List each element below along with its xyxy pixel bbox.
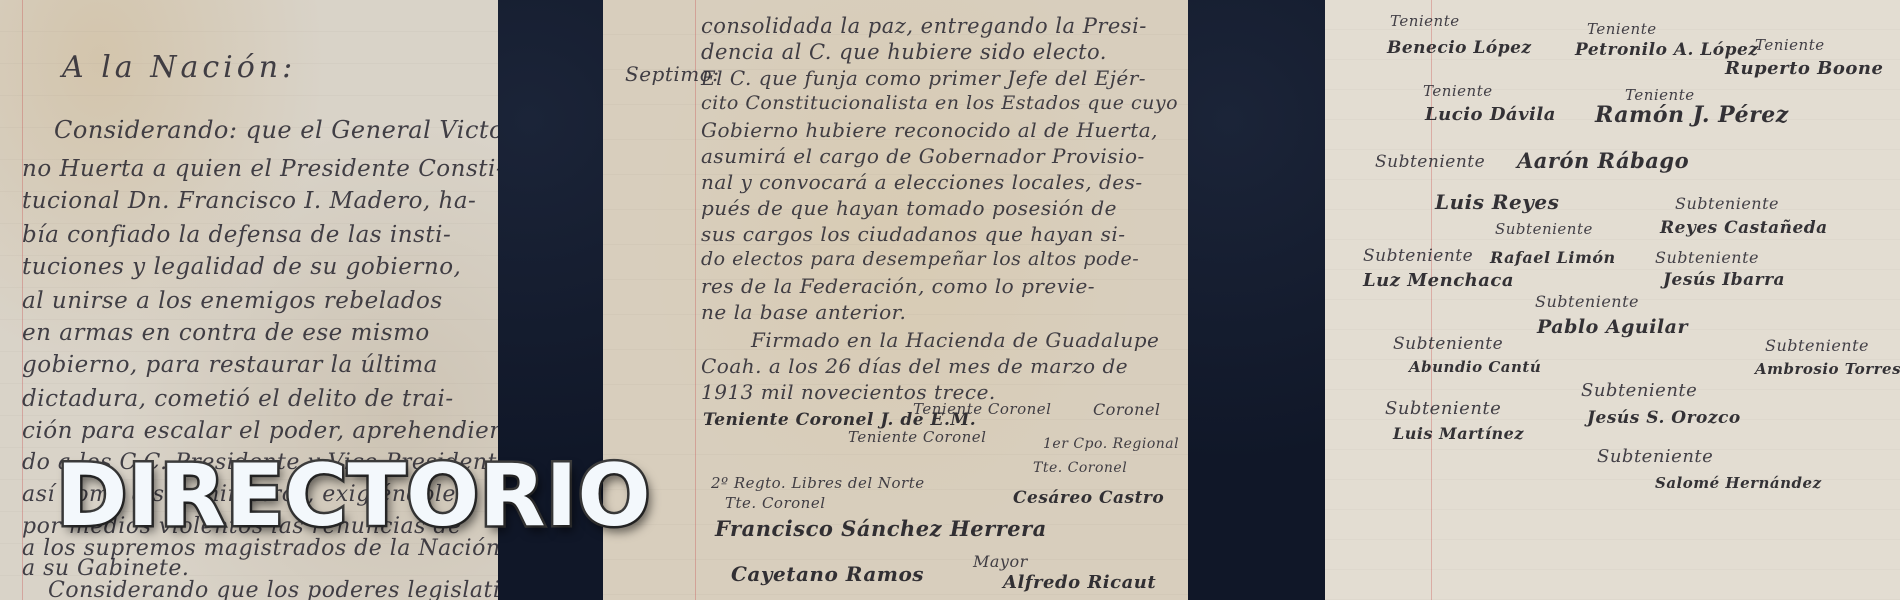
doc-line: res de la Federación, como lo previe- (701, 274, 1095, 298)
signature-rank: Teniente (1423, 82, 1493, 100)
signature-name: Abundio Cantú (1409, 358, 1541, 376)
signature: Tte. Coronel (1033, 460, 1127, 476)
signature-name: Ruperto Boone (1725, 58, 1883, 79)
signature-name: Aarón Rábago (1517, 148, 1689, 173)
signature-rank: Subteniente (1655, 248, 1759, 267)
signature: Cayetano Ramos (731, 562, 924, 586)
doc-line: dencia al C. que hubiere sido electo. (701, 40, 1107, 64)
paper-margin-line (695, 0, 696, 600)
doc-line: gobierno, para restaurar la última (22, 352, 438, 378)
signature-name: Luis Martínez (1393, 424, 1524, 443)
doc-line: consolidada la paz, entregando la Presi- (701, 14, 1147, 38)
doc-line: tuciones y legalidad de su gobierno, (22, 254, 461, 280)
doc-line: tucional Dn. Francisco I. Madero, ha- (22, 188, 476, 214)
doc-line: Considerando que los poderes legislativo… (48, 578, 498, 600)
signature-rank: Subteniente (1765, 336, 1869, 355)
signature: 1er Cpo. Regional (1043, 436, 1179, 452)
signature-rank: Subteniente (1675, 194, 1779, 213)
signature-rank: Teniente (1390, 12, 1460, 30)
doc-line: Gobierno hubiere reconocido al de Huerta… (701, 118, 1158, 142)
signature-name: Ambrosio Torres (1755, 360, 1900, 378)
signature-name: Pablo Aguilar (1537, 316, 1688, 338)
doc-line: El C. que funja como primer Jefe del Ejé… (701, 66, 1146, 90)
signature-rank: Subteniente (1393, 334, 1503, 354)
signature-name: Ramón J. Pérez (1595, 102, 1789, 128)
signature: Coronel (1093, 400, 1161, 419)
signature: Francisco Sánchez Herrera (715, 516, 1047, 541)
signature-name: Jesús S. Orozco (1587, 408, 1741, 428)
signature-rank: Subteniente (1385, 398, 1501, 419)
signature-rank: Subteniente (1363, 246, 1473, 266)
signature: Mayor (973, 552, 1028, 571)
signature-name: Lucio Dávila (1425, 104, 1556, 125)
document-right: Teniente Benecio López Teniente Petronil… (1325, 0, 1900, 600)
signature-name: Reyes Castañeda (1660, 218, 1828, 238)
dark-mat-band (1188, 0, 1325, 600)
signature-name: Luz Menchaca (1363, 270, 1514, 291)
signature-rank: Subteniente (1375, 152, 1485, 172)
doc-heading: A la Nación: (62, 50, 296, 85)
signature-rank: Subteniente (1597, 446, 1713, 467)
signature: Alfredo Ricaut (1003, 572, 1156, 593)
signature-name: Jesús Ibarra (1663, 270, 1785, 290)
directorio-banner: A la Nación: Considerando: que el Genera… (0, 0, 1900, 600)
doc-line: bía confiado la defensa de las insti- (22, 222, 451, 248)
doc-line: no Huerta a quien el Presidente Consti- (22, 156, 498, 182)
doc-line: Coah. a los 26 días del mes de marzo de (701, 354, 1128, 378)
doc-line: pués de que hayan tomado posesión de (701, 196, 1117, 220)
doc-line: al unirse a los enemigos rebelados (22, 288, 443, 314)
document-middle: Septimo: consolidada la paz, entregando … (603, 0, 1188, 600)
signature: 2º Regto. Libres del Norte (711, 474, 925, 492)
doc-line: en armas en contra de ese mismo (22, 320, 430, 346)
signature-rank: Subteniente (1495, 220, 1593, 238)
signature-rank: Subteniente (1535, 292, 1639, 311)
signature-name: Luis Reyes (1435, 190, 1559, 214)
signature-rank: Teniente (1755, 36, 1825, 54)
signature-name: Rafael Limón (1490, 248, 1616, 267)
page-title: DIRECTORIO (56, 446, 651, 546)
signature-name: Salomé Hernández (1655, 474, 1822, 492)
signature: Cesáreo Castro (1013, 488, 1164, 508)
doc-line: Firmado en la Hacienda de Guadalupe (751, 328, 1159, 352)
doc-line: cito Constitucionalista en los Estados q… (701, 92, 1178, 114)
signature-name: Benecio López (1387, 38, 1532, 58)
doc-line: sus cargos los ciudadanos que hayan si- (701, 222, 1126, 246)
doc-line: Considerando: que el General Victoria- (54, 116, 498, 144)
doc-line: nal y convocará a elecciones locales, de… (701, 170, 1143, 194)
signature: Tte. Coronel (725, 494, 826, 512)
doc-line: asumirá el cargo de Gobernador Provisio- (701, 144, 1145, 168)
signature: Teniente Coronel (848, 428, 986, 446)
doc-line: dictadura, cometió el delito de trai- (22, 386, 454, 412)
signature: Teniente Coronel (913, 400, 1051, 418)
signature-rank: Teniente (1587, 20, 1657, 38)
signature-rank: Subteniente (1581, 380, 1697, 401)
doc-line: ne la base anterior. (701, 300, 906, 324)
doc-line: do electos para desempeñar los altos pod… (701, 248, 1139, 270)
signature-name: Petronilo A. López (1575, 40, 1759, 60)
